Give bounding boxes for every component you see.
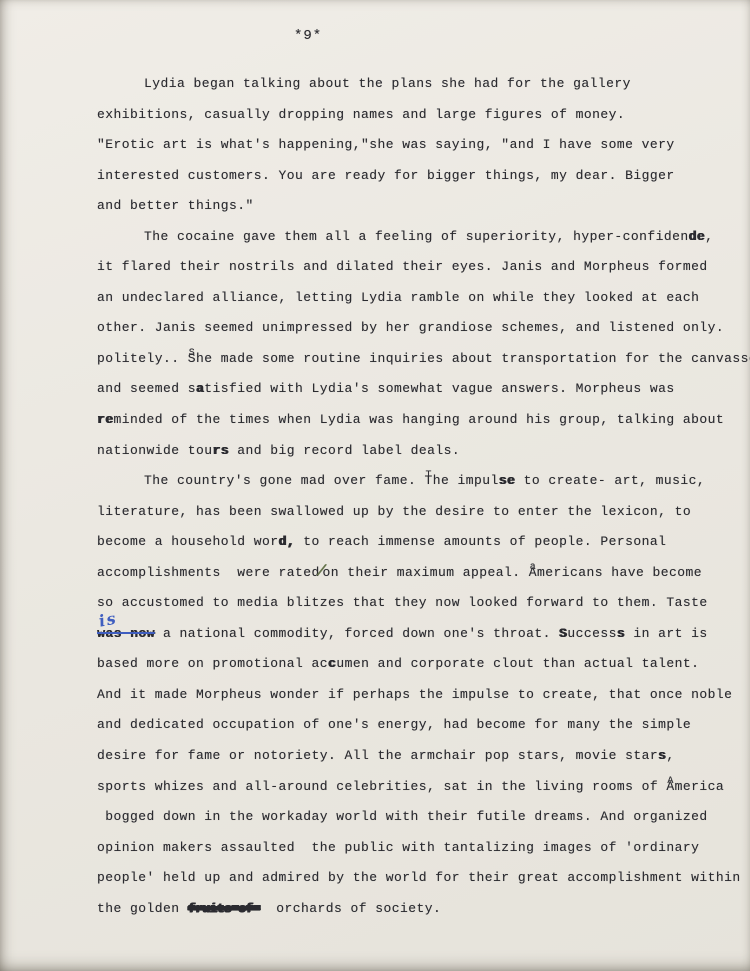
text-segment: re — [97, 412, 114, 427]
text-segment: s — [617, 626, 625, 641]
text-segment: sports whizes and all-around celebrities… — [97, 779, 666, 794]
typed-correction: S — [189, 339, 195, 370]
text-segment: Lydia began talking about the plans she … — [144, 76, 631, 91]
text-line: it flared their nostrils and dilated the… — [97, 252, 750, 283]
text-segment: politely.. — [97, 351, 188, 366]
text-segment: "Erotic art is what's happening,"she was… — [97, 137, 675, 152]
text-line: accomplishments were rated/on their maxi… — [97, 558, 750, 589]
text-line: based more on promotional accumen and co… — [97, 649, 750, 680]
text-segment: opinion makers assaulted the public with… — [97, 840, 699, 855]
text-segment: other. Janis seemed unimpressed by her g… — [97, 320, 724, 335]
page-number: *9* — [294, 28, 322, 44]
text-line: reminded of the times when Lydia was han… — [97, 405, 750, 436]
manuscript-page: *9* Lydia began talking about the plans … — [0, 0, 750, 971]
text-segment: Americansa — [529, 565, 603, 580]
text-line: exhibitions, casually dropping names and… — [97, 100, 750, 131]
text-line: sports whizes and all-around celebrities… — [97, 772, 750, 803]
text-line: nationwide tours and big record label de… — [97, 436, 750, 467]
text-segment: and seemed s — [97, 381, 196, 396]
text-segment: and better things." — [97, 198, 254, 213]
text-line: literature, has been swallowed up by the… — [97, 497, 750, 528]
text-segment: it flared their nostrils and dilated the… — [97, 259, 708, 274]
text-segment: in art is — [625, 626, 708, 641]
text-segment: The impulT — [425, 473, 499, 488]
text-segment: se — [499, 473, 516, 488]
typed-over-strikeout: fruits=of= — [188, 901, 260, 916]
text-segment: an undeclared alliance, letting Lydia ra… — [97, 290, 699, 305]
text-line: The cocaine gave them all a feeling of s… — [97, 222, 750, 253]
text-line: other. Janis seemed unimpressed by her g… — [97, 313, 750, 344]
struck-out-text: was nowis — [97, 626, 155, 641]
text-line: And it made Morpheus wonder if perhaps t… — [97, 680, 750, 711]
text-line: interested customers. You are ready for … — [97, 161, 750, 192]
text-segment: minded of the times when Lydia was hangi… — [114, 412, 725, 427]
text-segment: a national commodity, forced down one's … — [155, 626, 559, 641]
text-segment: to create- art, music, — [515, 473, 705, 488]
text-segment: literature, has been swallowed up by the… — [97, 504, 691, 519]
text-line: become a household word, to reach immens… — [97, 527, 750, 558]
text-segment: The country's gone mad over fame. — [144, 473, 425, 488]
text-segment: de — [689, 229, 706, 244]
text-segment: desire for fame or notoriety. All the ar… — [97, 748, 658, 763]
text-line: an undeclared alliance, letting Lydia ra… — [97, 283, 750, 314]
text-line: Lydia began talking about the plans she … — [97, 69, 750, 100]
text-segment: orchards of society. — [260, 901, 442, 916]
text-segment: to reach immense amounts of people. Pers… — [295, 534, 666, 549]
text-segment: and dedicated occupation of one's energy… — [97, 717, 691, 732]
typed-correction: a — [530, 553, 536, 584]
text-segment: tisfied with Lydia's somewhat vague answ… — [204, 381, 674, 396]
text-segment: made some routine inquiries about transp… — [213, 351, 750, 366]
text-segment: bogged down in the workaday world with t… — [97, 809, 708, 824]
text-segment: AmericaA — [666, 779, 724, 794]
text-segment: interested customers. You are ready for … — [97, 168, 675, 183]
text-line: people' held up and admired by the world… — [97, 863, 750, 894]
text-line: bogged down in the workaday world with t… — [97, 802, 750, 833]
text-line: The country's gone mad over fame. The im… — [97, 466, 750, 497]
text-segment: become a household wor — [97, 534, 279, 549]
text-segment: And it made Morpheus wonder if perhaps t… — [97, 687, 732, 702]
text-segment: on their maximum appeal. — [322, 565, 528, 580]
text-segment: the golden — [97, 901, 188, 916]
text-line: was nowis a national commodity, forced d… — [97, 619, 750, 650]
text-segment: , — [705, 229, 713, 244]
text-segment: d, — [279, 534, 296, 549]
text-segment: people' held up and admired by the world… — [97, 870, 741, 885]
text-segment: SheS — [188, 351, 213, 366]
document-body: Lydia began talking about the plans she … — [97, 69, 750, 924]
text-line: desire for fame or notoriety. All the ar… — [97, 741, 750, 772]
text-segment: rs — [213, 443, 230, 458]
pen-slash-mark: / — [313, 557, 329, 589]
text-line: and better things." — [97, 191, 750, 222]
text-segment: have become — [603, 565, 702, 580]
text-segment: exhibitions, casually dropping names and… — [97, 107, 625, 122]
text-segment: The cocaine gave them all a feeling of s… — [144, 229, 689, 244]
text-segment: , — [666, 748, 674, 763]
text-segment: umen and corporate clout than actual tal… — [336, 656, 699, 671]
text-segment: based more on promotional ac — [97, 656, 328, 671]
text-line: politely.. SheS made some routine inquir… — [97, 344, 750, 375]
text-line: so accustomed to media blitzes that they… — [97, 588, 750, 619]
text-segment: accomplishments were rated — [97, 565, 320, 580]
text-line: opinion makers assaulted the public with… — [97, 833, 750, 864]
text-segment: and big record label deals. — [229, 443, 460, 458]
text-line: and dedicated occupation of one's energy… — [97, 710, 750, 741]
text-segment: uccess — [567, 626, 617, 641]
text-segment: nationwide tou — [97, 443, 213, 458]
text-line: the golden fruits=of= orchards of societ… — [97, 894, 750, 925]
text-line: "Erotic art is what's happening,"she was… — [97, 130, 750, 161]
typed-correction: A — [667, 767, 673, 798]
typed-correction: T — [426, 461, 432, 492]
text-segment: so accustomed to media blitzes that they… — [97, 595, 708, 610]
text-line: and seemed satisfied with Lydia's somewh… — [97, 374, 750, 405]
